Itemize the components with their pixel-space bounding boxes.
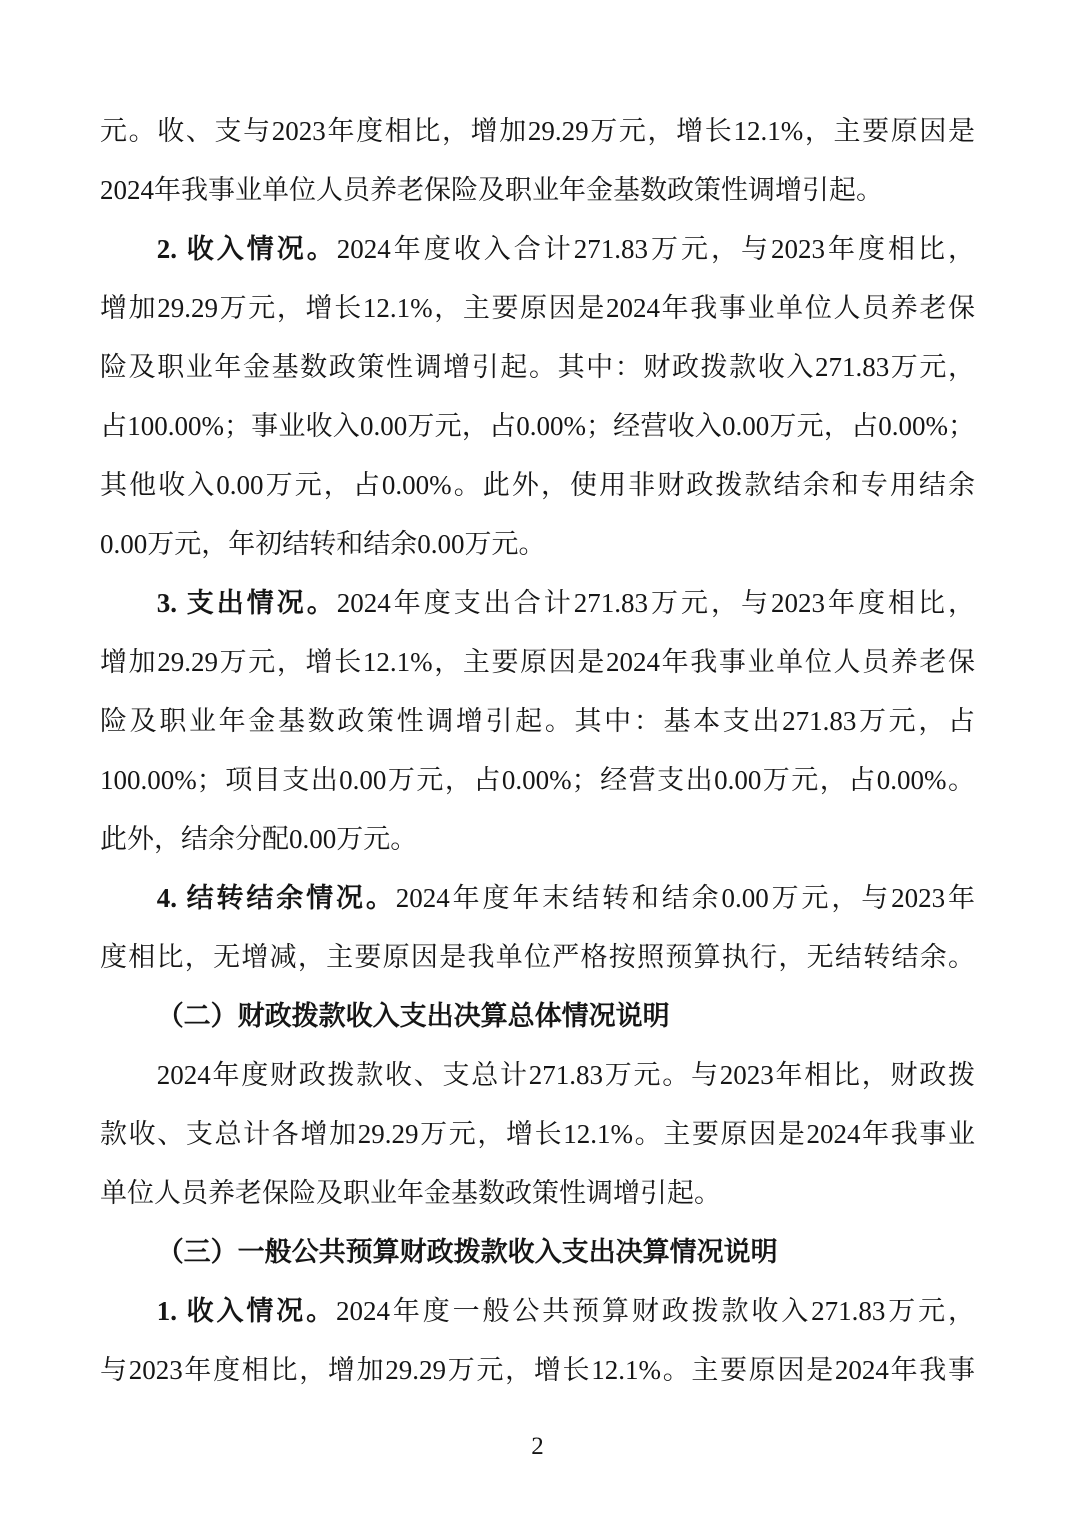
- page-number: 2: [531, 1433, 544, 1460]
- text-line: 单位人员养老保险及职业年金基数政策性调增引起。: [100, 1164, 975, 1223]
- text-line: 险及职业年金基数政策性调增引起。其中：基本支出271.83万元，占: [100, 692, 975, 751]
- text-line: 0.00万元，年初结转和结余0.00万元。: [100, 515, 975, 574]
- section-heading: （二）财政拨款收入支出决算总体情况说明: [100, 987, 975, 1046]
- text-line: 3. 支出情况。2024年度支出合计271.83万元，与2023年度相比，: [100, 574, 975, 633]
- text-line: 度相比，无增减，主要原因是我单位严格按照预算执行，无结转结余。: [100, 928, 975, 987]
- text-line: 款收、支总计各增加29.29万元，增长12.1%。主要原因是2024年我事业: [100, 1105, 975, 1164]
- text-line: 与2023年度相比，增加29.29万元，增长12.1%。主要原因是2024年我事: [100, 1341, 975, 1400]
- text-line: 占100.00%；事业收入0.00万元，占0.00%；经营收入0.00万元，占0…: [100, 397, 975, 456]
- text-line: 2024年我事业单位人员养老保险及职业年金基数政策性调增引起。: [100, 161, 975, 220]
- text-line: 1. 收入情况。2024年度一般公共预算财政拨款收入271.83万元，: [100, 1282, 975, 1341]
- text-line: 2. 收入情况。2024年度收入合计271.83万元，与2023年度相比，: [100, 220, 975, 279]
- section-heading: （三）一般公共预算财政拨款收入支出决算情况说明: [100, 1223, 975, 1282]
- text-line: 其他收入0.00万元，占0.00%。此外，使用非财政拨款结余和专用结余: [100, 456, 975, 515]
- page-footer: 2: [0, 1432, 1075, 1462]
- text-line: 此外，结余分配0.00万元。: [100, 810, 975, 869]
- item-number-lead: 3. 支出情况。: [157, 588, 337, 618]
- item-number-lead: 4. 结转结余情况。: [157, 883, 396, 913]
- document-body: 元。收、支与2023年度相比，增加29.29万元，增长12.1%，主要原因是20…: [100, 102, 975, 1400]
- text-line: 增加29.29万元，增长12.1%，主要原因是2024年我事业单位人员养老保: [100, 279, 975, 338]
- item-number-lead: 1. 收入情况。: [157, 1296, 336, 1326]
- item-number-lead: 2. 收入情况。: [157, 234, 337, 264]
- text-line: 增加29.29万元，增长12.1%，主要原因是2024年我事业单位人员养老保: [100, 633, 975, 692]
- text-line: 险及职业年金基数政策性调增引起。其中：财政拨款收入271.83万元，: [100, 338, 975, 397]
- text-line: 元。收、支与2023年度相比，增加29.29万元，增长12.1%，主要原因是: [100, 102, 975, 161]
- text-line: 2024年度财政拨款收、支总计271.83万元。与2023年相比，财政拨: [100, 1046, 975, 1105]
- text-line: 4. 结转结余情况。2024年度年末结转和结余0.00万元，与2023年: [100, 869, 975, 928]
- document-page: 元。收、支与2023年度相比，增加29.29万元，增长12.1%，主要原因是20…: [0, 0, 1075, 1520]
- text-line: 100.00%；项目支出0.00万元，占0.00%；经营支出0.00万元，占0.…: [100, 751, 975, 810]
